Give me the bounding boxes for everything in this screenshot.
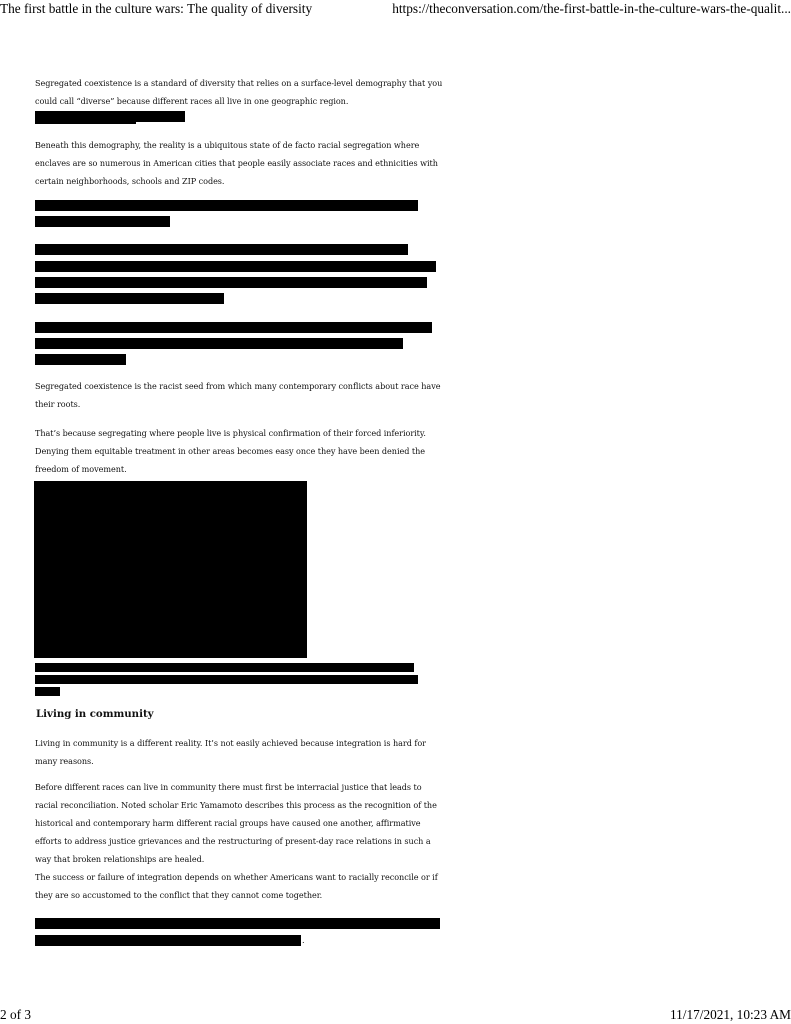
- trailing-period: .: [302, 931, 305, 949]
- redaction-block: [35, 216, 170, 227]
- redaction-block: [35, 244, 408, 255]
- article-paragraph: That’s because segregating where people …: [35, 424, 445, 478]
- print-header-title: The first battle in the culture wars: Th…: [0, 1, 312, 17]
- redaction-block: [35, 935, 301, 946]
- redacted-image: [34, 481, 307, 658]
- redaction-block: [35, 293, 224, 304]
- print-header-url: https://theconversation.com/the-first-ba…: [392, 1, 791, 17]
- article-paragraph: Beneath this demography, the reality is …: [35, 136, 445, 190]
- redaction-block: [35, 277, 427, 288]
- section-heading: Living in community: [36, 708, 154, 720]
- redaction-block: [35, 200, 418, 211]
- print-header: The first battle in the culture wars: Th…: [0, 1, 791, 17]
- print-footer: 2 of 3 11/17/2021, 10:23 AM: [0, 1007, 791, 1023]
- article-paragraph: Before different races can live in commu…: [35, 778, 445, 868]
- article-paragraph: Segregated coexistence is the racist see…: [35, 377, 445, 413]
- article-paragraph: The success or failure of integration de…: [35, 868, 445, 904]
- print-datetime: 11/17/2021, 10:23 AM: [670, 1007, 791, 1023]
- article-paragraph: Living in community is a different reali…: [35, 734, 445, 770]
- redaction-block: [35, 261, 436, 272]
- redaction-block: [35, 338, 403, 349]
- redaction-block: [35, 322, 432, 333]
- redaction-block: [35, 687, 60, 696]
- redaction-block: [35, 111, 185, 122]
- redaction-block: [35, 663, 414, 672]
- redaction-block: [35, 918, 440, 929]
- redaction-block: [35, 354, 126, 365]
- page-number: 2 of 3: [0, 1007, 31, 1023]
- redaction-block: [35, 675, 418, 684]
